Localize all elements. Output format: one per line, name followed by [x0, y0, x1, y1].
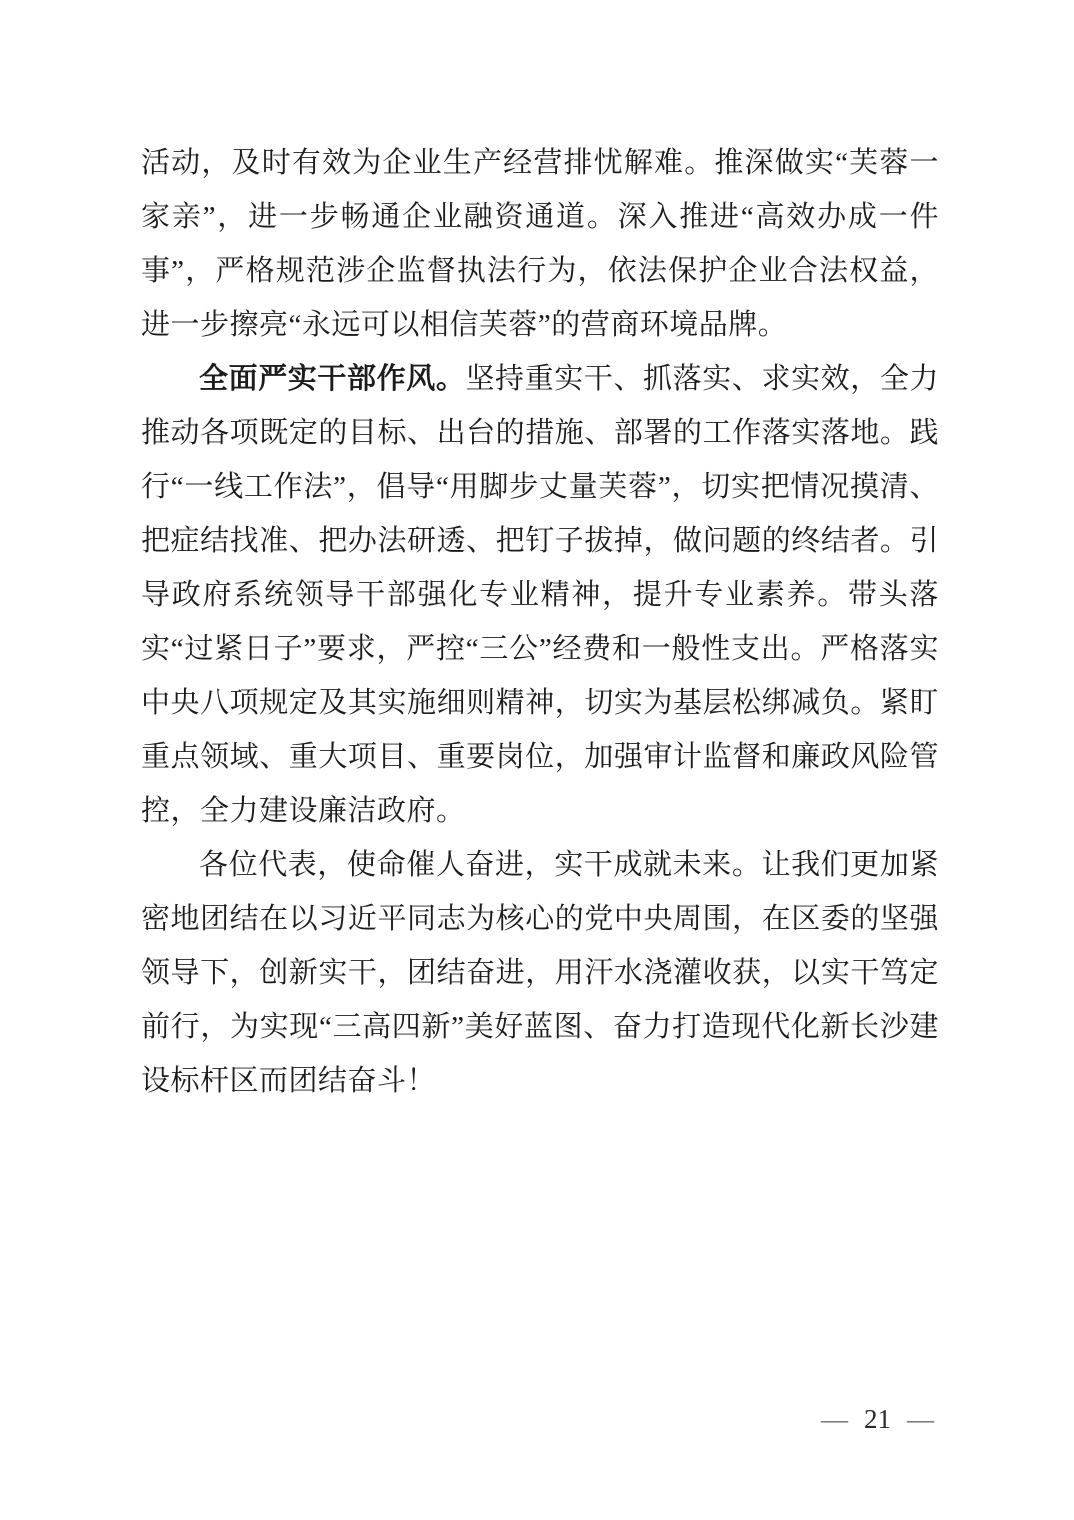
paragraph-text: 活动，及时有效为企业生产经营排忧解难。推深做实“芙蓉一家亲”，进一步畅通企业融资…: [141, 147, 939, 341]
footer-dash-left: —: [821, 1404, 848, 1434]
paragraph-text: 各位代表，使命催人奋进，实干成就未来。让我们更加紧密地团结在以习近平同志为核心的…: [141, 849, 939, 1097]
page-number-footer: —21—: [821, 1402, 934, 1436]
document-page: 活动，及时有效为企业生产经营排忧解难。推深做实“芙蓉一家亲”，进一步畅通企业融资…: [0, 0, 1074, 1520]
paragraph-bold-lead: 全面严实干部作风。: [199, 363, 465, 395]
paragraph-closing: 各位代表，使命催人奋进，实干成就未来。让我们更加紧密地团结在以习近平同志为核心的…: [141, 838, 939, 1108]
paragraph-cadre-conduct: 全面严实干部作风。坚持重实干、抓落实、求实效，全力推动各项既定的目标、出台的措施…: [141, 352, 939, 838]
page-number: 21: [864, 1404, 891, 1434]
document-body: 活动，及时有效为企业生产经营排忧解难。推深做实“芙蓉一家亲”，进一步畅通企业融资…: [141, 136, 939, 1108]
paragraph-continuation: 活动，及时有效为企业生产经营排忧解难。推深做实“芙蓉一家亲”，进一步畅通企业融资…: [141, 136, 939, 352]
footer-dash-right: —: [907, 1404, 934, 1434]
paragraph-text: 坚持重实干、抓落实、求实效，全力推动各项既定的目标、出台的措施、部署的工作落实落…: [141, 363, 939, 827]
